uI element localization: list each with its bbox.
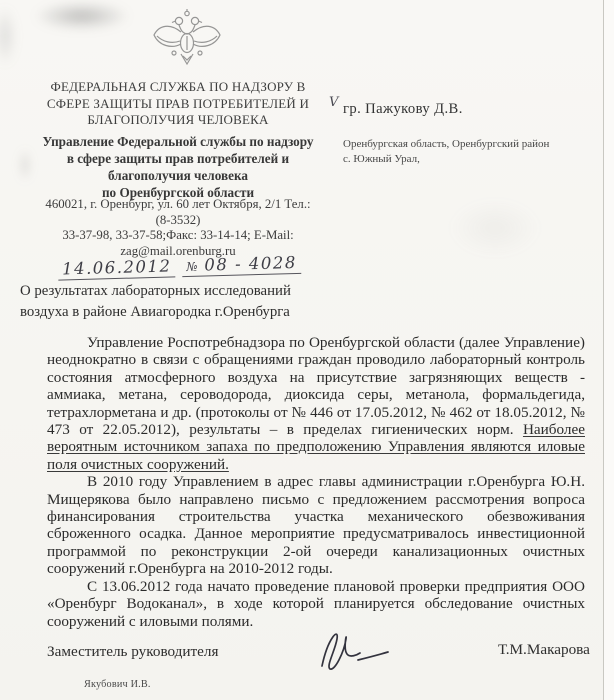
scan-smudge: [34, 2, 130, 30]
letter-subject: О результатах лабораторных исследований …: [20, 281, 365, 323]
letter-number: 08 - 4028: [204, 253, 297, 275]
paragraph-inspection: С 13.06.2012 года начато проведение план…: [47, 578, 585, 630]
handwritten-signature: [312, 624, 404, 674]
handwritten-checkmark: V: [329, 95, 338, 110]
paragraph-lab-results: Управление Роспотребнадзора по Оренбургс…: [47, 334, 585, 473]
recipient-address: Оренбургская область, Оренбургский район…: [343, 137, 549, 166]
sender-address-block: 460021, г. Оренбург, ул. 60 лет Октября,…: [22, 197, 334, 259]
scanned-letter-page: ФЕДЕРАЛЬНАЯ СЛУЖБА ПО НАДЗОРУ В СФЕРЕ ЗА…: [0, 0, 614, 700]
scan-smudge: [0, 6, 16, 66]
department-line: в сфере защиты прав потребителей и: [22, 150, 334, 167]
scan-smudge: [450, 200, 540, 256]
service-line: БЛАГОПОЛУЧИЯ ЧЕЛОВЕКА: [22, 112, 334, 129]
address-line: 33-37-98, 33-37-58;Факс: 33-14-14; E-Mai…: [22, 228, 334, 244]
signer-name: Т.М.Макарова: [498, 641, 590, 659]
recipient-address-line: Оренбургская область, Оренбургский район: [343, 137, 549, 152]
service-line: ФЕДЕРАЛЬНАЯ СЛУЖБА ПО НАДЗОРУ В: [22, 79, 334, 96]
federal-service-name: ФЕДЕРАЛЬНАЯ СЛУЖБА ПО НАДЗОРУ В СФЕРЕ ЗА…: [22, 79, 334, 129]
letter-body: Управление Роспотребнадзора по Оренбургс…: [47, 334, 585, 630]
department-line: Управление Федеральной службы по надзору: [22, 133, 334, 150]
executor-name: Якубович И.В.: [84, 679, 151, 690]
paragraph-2010-letter: В 2010 году Управлением в адрес главы ад…: [47, 473, 585, 577]
recipient-name: гр. Пажукову Д.В.: [343, 101, 463, 118]
paragraph-text: Управление Роспотребнадзора по Оренбургс…: [47, 334, 585, 438]
department-line: благополучия человека: [22, 167, 334, 184]
subject-line: О результатах лабораторных исследований: [20, 281, 365, 302]
subject-line: воздуха в районе Авиагородка г.Оренбурга: [20, 302, 365, 323]
letter-date: 14.06.2012: [58, 256, 176, 280]
recipient-address-line: с. Южный Урал,: [343, 152, 549, 167]
address-line: (8-3532): [22, 213, 334, 229]
signer-position: Заместитель руководителя: [47, 643, 218, 661]
number-sign: №: [186, 260, 198, 274]
scan-edge: [604, 0, 614, 700]
coat-of-arms-icon: [150, 8, 224, 76]
service-line: СФЕРЕ ЗАЩИТЫ ПРАВ ПОТРЕБИТЕЛЕЙ И: [22, 96, 334, 113]
department-name: Управление Федеральной службы по надзору…: [22, 133, 334, 201]
address-line: 460021, г. Оренбург, ул. 60 лет Октября,…: [22, 197, 334, 213]
